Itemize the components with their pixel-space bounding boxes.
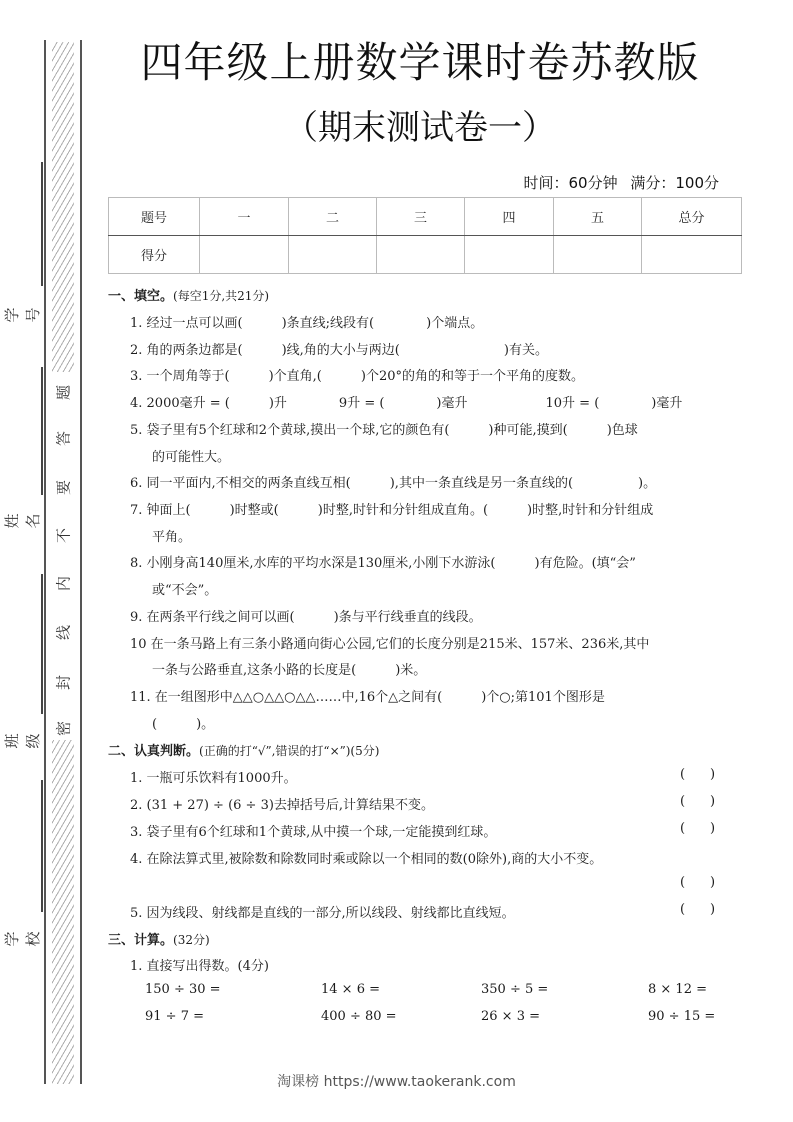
calc-item: 400 ÷ 80 = (321, 1009, 397, 1024)
answer-paren[interactable]: () (680, 821, 740, 836)
table-header-cell: 一 (200, 198, 289, 236)
judge-item: 3. 袋子里有6个红球和1个黄球,从中摸一个球,一定能摸到红球。 (130, 821, 496, 840)
score-cell[interactable] (642, 236, 742, 274)
seal-char: 要 (53, 478, 74, 498)
score-cell[interactable] (554, 236, 642, 274)
calc-item: 14 × 6 = (321, 982, 380, 997)
hatch-bottom (52, 740, 74, 1084)
score-cell[interactable] (465, 236, 554, 274)
hatch-top (52, 42, 74, 372)
seal-char: 题 (53, 383, 74, 403)
class-label: 班级 (1, 729, 43, 753)
binding-line-left (44, 40, 46, 1084)
question-item: 9. 在两条平行线之间可以画( )条与平行线垂直的线段。 (130, 606, 482, 625)
section-heading-fill-blank: 一、填空。(每空1分,共21分) (108, 285, 269, 304)
score-cell[interactable] (289, 236, 377, 274)
student-number-underline (41, 162, 43, 286)
seal-char: 内 (53, 574, 74, 594)
exam-meta: 时间：60分钟 满分：100分 (515, 172, 719, 193)
calc-item: 26 × 3 = (481, 1009, 540, 1024)
judge-item: 1. 一瓶可乐饮料有1000升。 (130, 767, 297, 786)
question-item: 5. 袋子里有5个红球和2个黄球,摸出一个球,它的颜色有( )种可能,摸到( )… (130, 419, 638, 438)
seal-char: 不 (53, 526, 74, 546)
student-name-underline (41, 367, 43, 495)
student-name-label: 姓名 (1, 509, 43, 533)
score-table-score-row: 得分 (109, 236, 742, 274)
calc-item: 350 ÷ 5 = (481, 982, 548, 997)
answer-paren[interactable]: () (680, 767, 740, 782)
section-heading-judge: 二、认真判断。(正确的打“√”,错误的打“×”)(5分) (108, 740, 379, 759)
section-note: (正确的打“√”,错误的打“×”)(5分) (199, 744, 379, 758)
section-note: (32分) (173, 933, 210, 947)
question-continuation: 的可能性大。 (152, 446, 230, 465)
section-note: (每空1分,共21分) (173, 289, 269, 303)
seal-char: 密 (53, 719, 74, 739)
question-item: 10 在一条马路上有三条小路通向街心公园,它们的长度分别是215米、157米、2… (130, 633, 649, 652)
table-header-cell: 四 (465, 198, 554, 236)
calc-subtitle: 1. 直接写出得数。(4分) (130, 955, 269, 974)
section-title: 二、认真判断。 (108, 744, 199, 759)
question-continuation: 或“不会”。 (152, 579, 217, 598)
answer-paren[interactable]: () (680, 794, 740, 809)
section-title: 一、填空。 (108, 289, 173, 304)
question-item: 1. 经过一点可以画( )条直线;线段有( )个端点。 (130, 312, 483, 331)
question-item: 4. 2000毫升 = ( )升 9升 = ( )毫升 10升 = ( )毫升 (130, 392, 682, 411)
question-item: 3. 一个周角等于( )个直角,( )个20°的角的和等于一个平角的度数。 (130, 365, 584, 384)
class-underline (41, 574, 43, 714)
exam-time: 时间：60分钟 (523, 174, 617, 192)
page-title: 四年级上册数学课时卷苏教版 (100, 30, 740, 90)
question-continuation: ( )。 (152, 713, 214, 732)
question-item: 8. 小刚身高140厘米,水库的平均水深是130厘米,小刚下水游泳( )有危险。… (130, 552, 636, 571)
table-header-cell: 题号 (109, 198, 200, 236)
table-header-cell: 总分 (642, 198, 742, 236)
score-cell[interactable] (377, 236, 465, 274)
seal-char: 封 (53, 673, 74, 693)
school-underline (41, 780, 43, 912)
seal-char: 线 (53, 623, 74, 643)
calc-item: 91 ÷ 7 = (145, 1009, 204, 1024)
binding-line-right (80, 40, 82, 1084)
table-header-cell: 三 (377, 198, 465, 236)
score-table: 题号 一 二 三 四 五 总分 得分 (108, 197, 742, 274)
calc-item: 150 ÷ 30 = (145, 982, 221, 997)
seal-char: 答 (53, 429, 74, 449)
watermark-footer: 淘课榜 https://www.taokerank.com (0, 1071, 793, 1091)
question-item: 2. 角的两条边都是( )线,角的大小与两边( )有关。 (130, 339, 548, 358)
calc-item: 90 ÷ 15 = (648, 1009, 715, 1024)
score-table-header-row: 题号 一 二 三 四 五 总分 (109, 198, 742, 236)
answer-paren[interactable]: () (680, 902, 740, 917)
table-header-cell: 五 (554, 198, 642, 236)
table-header-cell: 二 (289, 198, 377, 236)
judge-item: 4. 在除法算式里,被除数和除数同时乘或除以一个相同的数(0除外),商的大小不变… (130, 848, 602, 867)
exam-full-score: 满分：100分 (630, 174, 719, 192)
question-item: 6. 同一平面内,不相交的两条直线互相( ),其中一条直线是另一条直线的( )。 (130, 472, 656, 491)
section-title: 三、计算。 (108, 933, 173, 948)
student-number-label: 学号 (1, 303, 43, 327)
judge-item: 5. 因为线段、射线都是直线的一部分,所以线段、射线都比直线短。 (130, 902, 515, 921)
page-subtitle: （期末测试卷一） (100, 100, 740, 149)
score-cell[interactable] (200, 236, 289, 274)
table-row-label: 得分 (109, 236, 200, 274)
school-label: 学校 (1, 927, 43, 951)
question-item: 7. 钟面上( )时整或( )时整,时针和分针组成直角。( )时整,时针和分针组… (130, 499, 653, 518)
section-heading-calc: 三、计算。(32分) (108, 929, 210, 948)
question-continuation: 一条与公路垂直,这条小路的长度是( )米。 (152, 659, 426, 678)
judge-item: 2. (31 + 27) ÷ (6 ÷ 3)去掉括号后,计算结果不变。 (130, 794, 434, 813)
question-continuation: 平角。 (152, 526, 191, 545)
answer-paren[interactable]: () (680, 875, 740, 890)
question-item: 11. 在一组图形中△△○△△○△△……中,16个△之间有( )个○;第101个… (130, 686, 605, 705)
calc-item: 8 × 12 = (648, 982, 707, 997)
